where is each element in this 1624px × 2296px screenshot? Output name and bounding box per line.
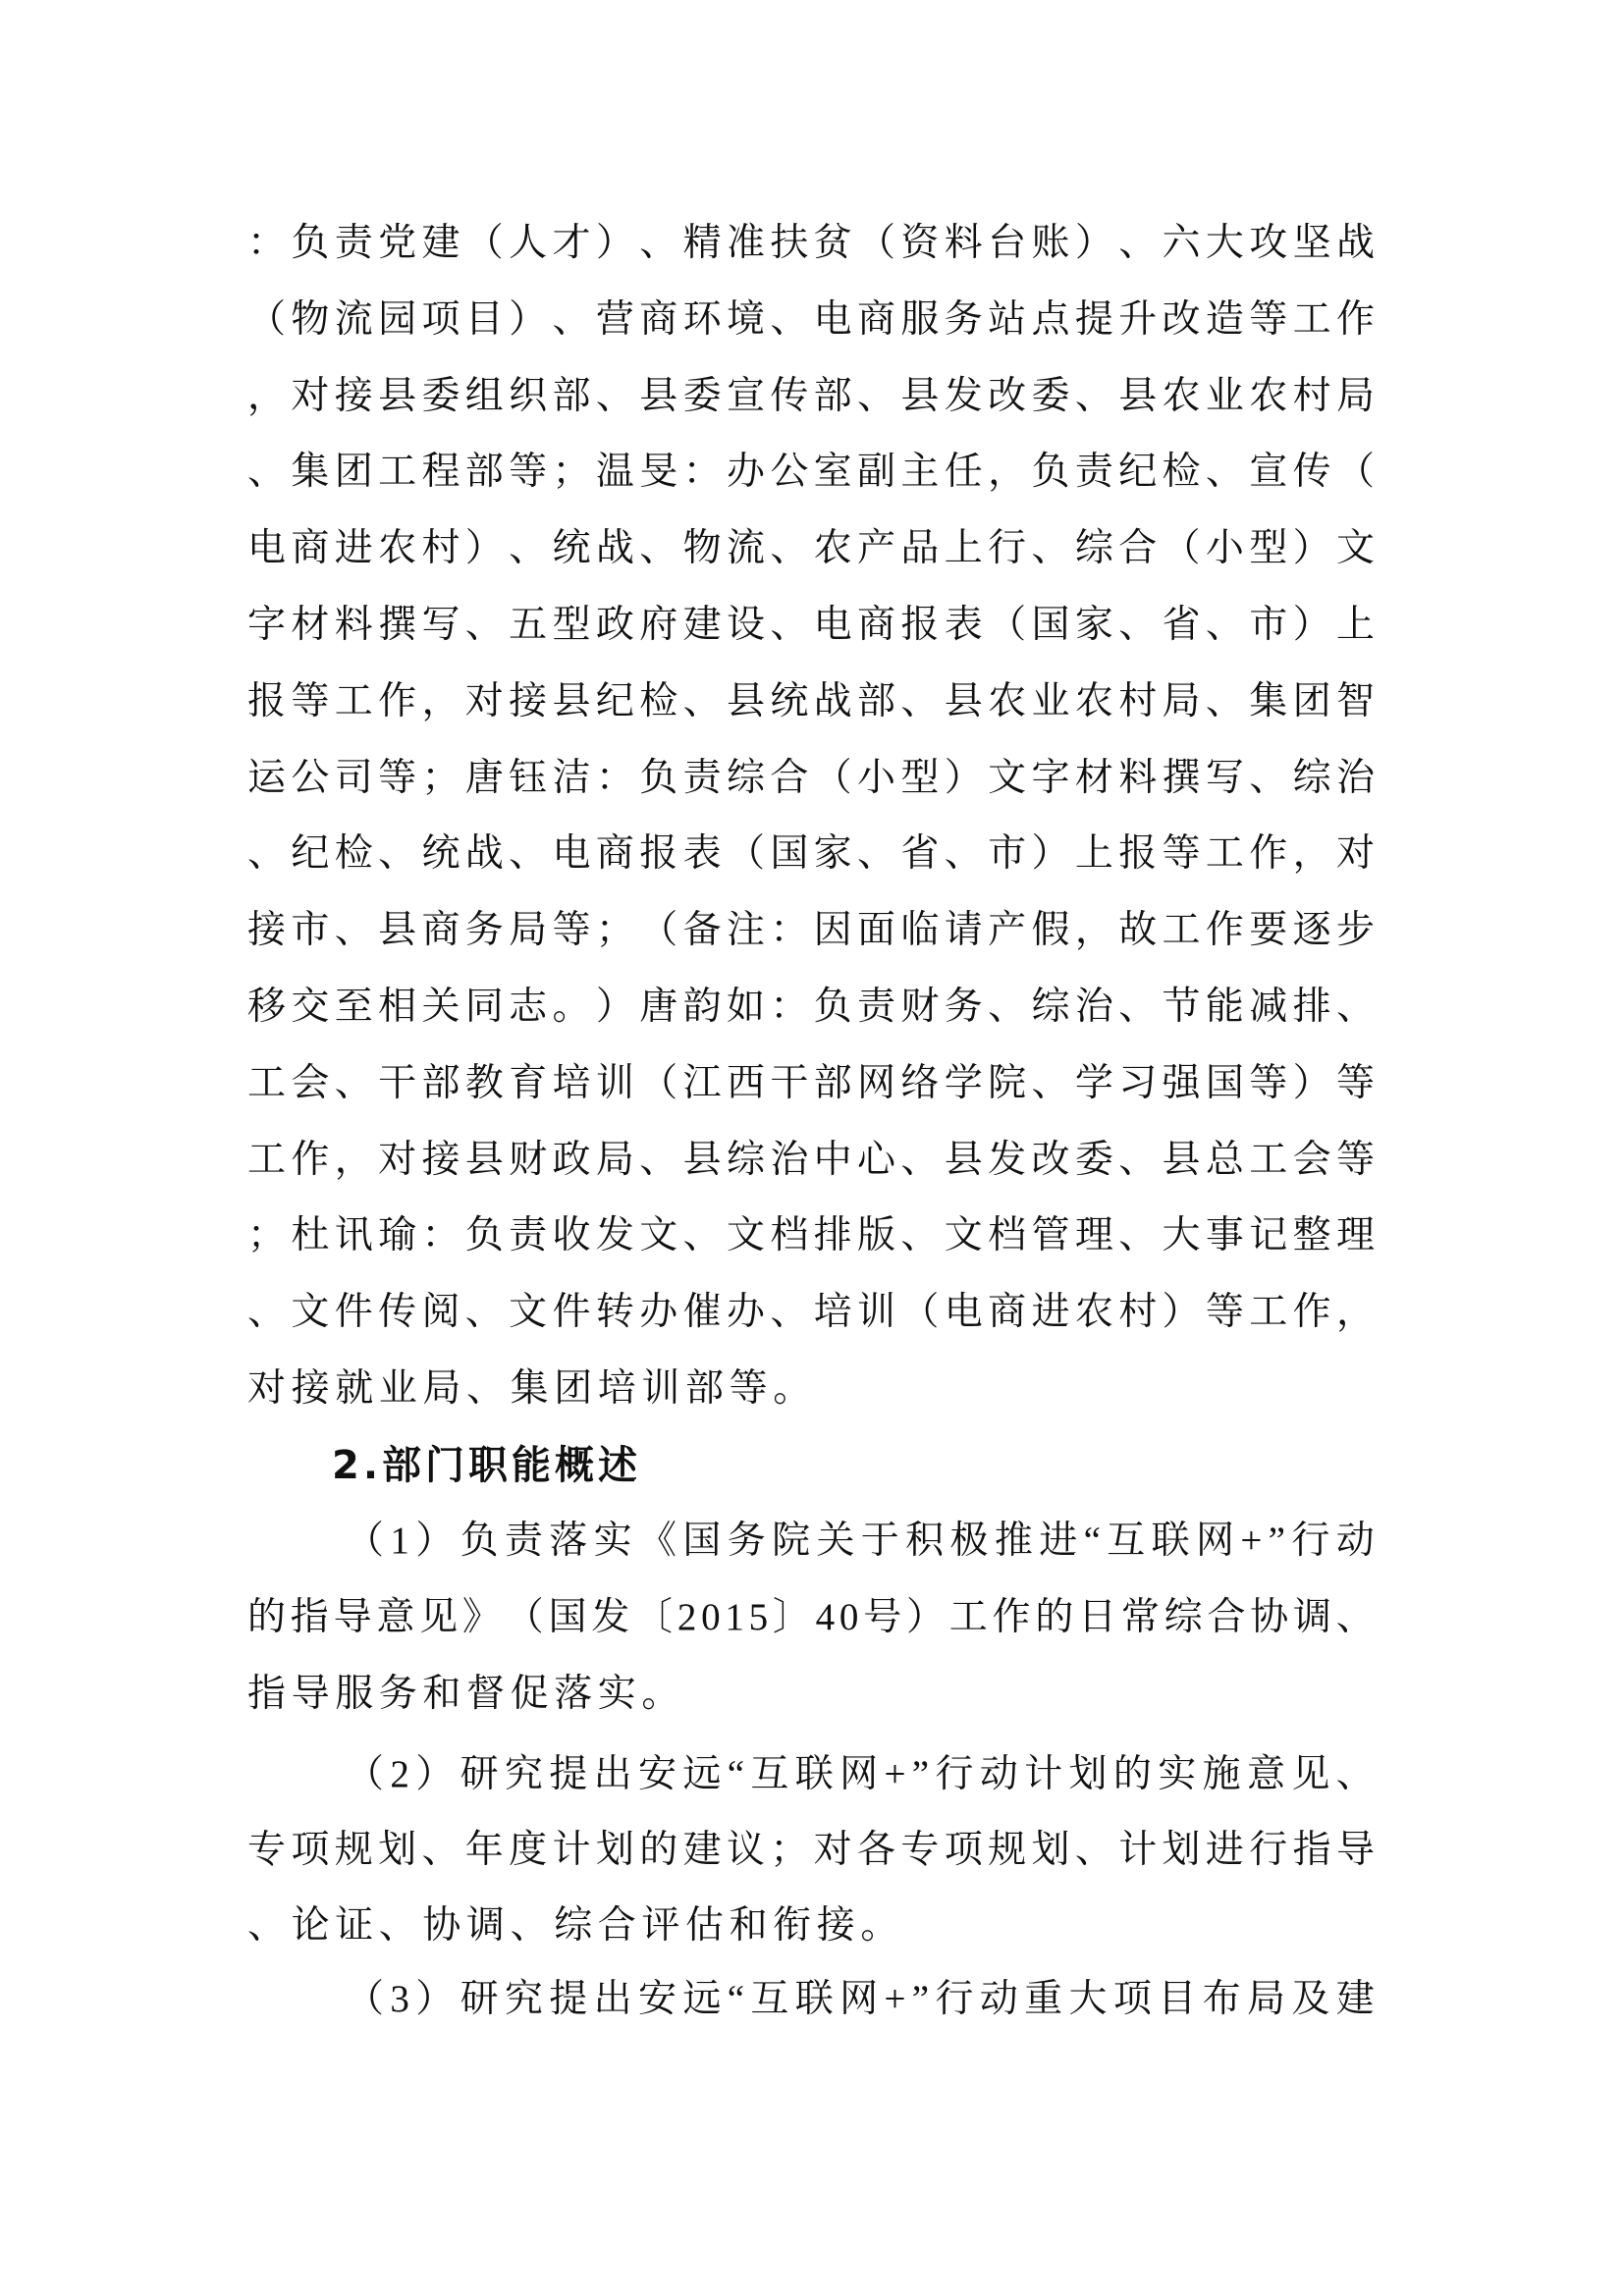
body-line: 工会、干部教育培训（江西干部网络学院、学习强国等）等 [247,1056,1375,1111]
body-line: （物流园项目）、营商环境、电商服务站点提升改造等工作 [247,293,1375,347]
item-1-line: 的指导意见》（国发〔2015〕40号）工作的日常综合协调、 [247,1590,1375,1645]
item-1-first-line: （1）负责落实《国务院关于积极推进“互联网+”行动 [346,1514,1375,1569]
body-line: ：负责党建（人才）、精准扶贫（资料台账）、六大攻坚战 [247,216,1375,271]
item-2-last-line: 、论证、协调、综合评估和衔接。 [247,1898,1375,1953]
item-3-first-line: （3）研究提出安远“互联网+”行动重大项目布局及建 [346,1972,1375,2027]
body-line: 电商进农村）、统战、物流、农产品上行、综合（小型）文 [247,521,1375,576]
item-1-last-line: 指导服务和督促落实。 [247,1667,1375,1722]
item-2-line: 专项规划、年度计划的建议；对各专项规划、计划进行指导 [247,1823,1375,1878]
body-line: 工作，对接县财政局、县综治中心、县发改委、县总工会等 [247,1133,1375,1188]
body-line: ，对接县委组织部、县委宣传部、县发改委、县农业农村局 [247,369,1375,424]
body-line: 、集团工程部等；温旻：办公室副主任，负责纪检、宣传（ [247,445,1375,500]
body-line: 报等工作，对接县纪检、县统战部、县农业农村局、集团智 [247,674,1375,729]
body-line: 运公司等；唐钰洁：负责综合（小型）文字材料撰写、综治 [247,751,1375,806]
body-line: 字材料撰写、五型政府建设、电商报表（国家、省、市）上 [247,598,1375,653]
body-line: ；杜讯瑜：负责收发文、文档排版、文档管理、大事记整理 [247,1208,1375,1263]
section-heading: 2.部门职能概述 [332,1438,641,1493]
body-line: 、纪检、统战、电商报表（国家、省、市）上报等工作，对 [247,827,1375,881]
document-page: ：负责党建（人才）、精准扶贫（资料台账）、六大攻坚战 （物流园项目）、营商环境、… [0,0,1624,2296]
body-line: 移交至相关同志。）唐韵如：负责财务、综治、节能减排、 [247,980,1375,1035]
body-line-last: 对接就业局、集团培训部等。 [247,1362,1375,1416]
body-line: 接市、县商务局等；（备注：因面临请产假，故工作要逐步 [247,903,1375,958]
body-line: 、文件传阅、文件转办催办、培训（电商进农村）等工作， [247,1285,1375,1340]
item-2-first-line: （2）研究提出安远“互联网+”行动计划的实施意见、 [346,1747,1375,1802]
